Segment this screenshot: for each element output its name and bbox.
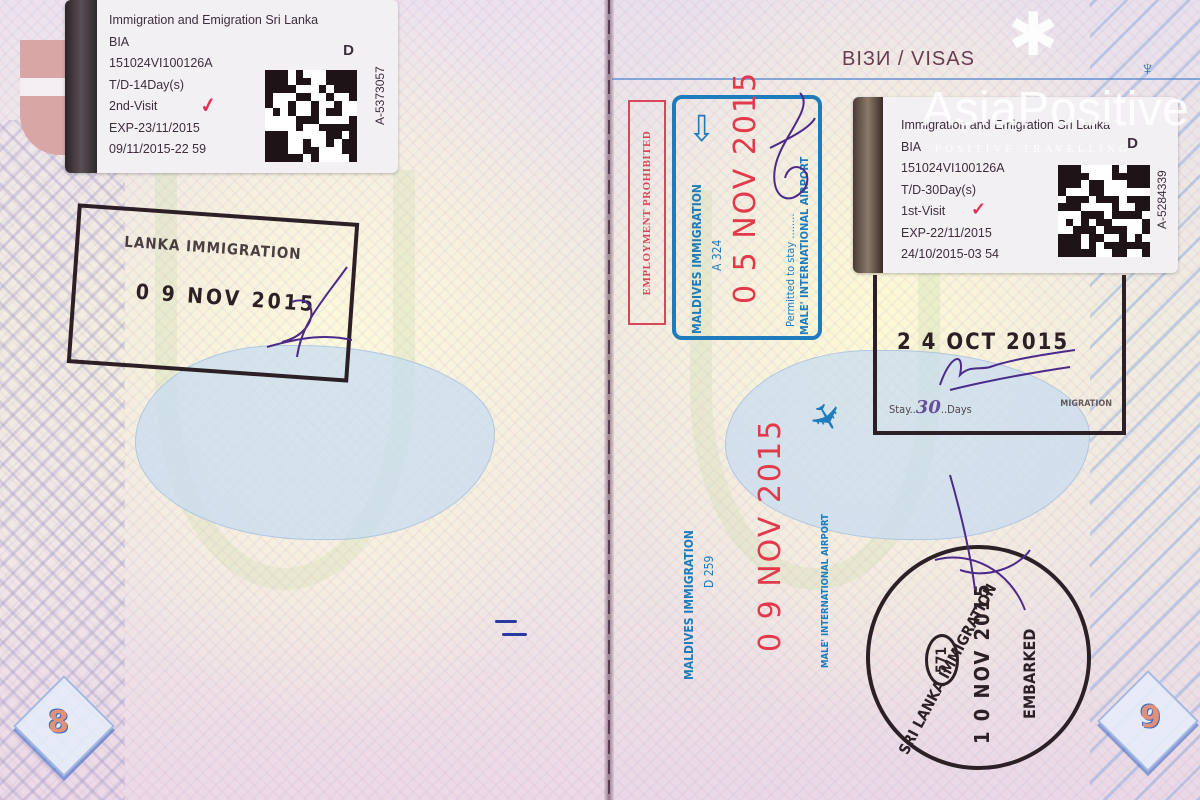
stamp-date: 0 9 NOV 2015 xyxy=(753,419,788,652)
stamp-status: EMBARKED xyxy=(1020,629,1039,719)
palm-tree-icon: ✱ xyxy=(1008,0,1058,70)
watermark-tagline: POSITIVE TRAVELLING xyxy=(935,143,1131,155)
heading-rule xyxy=(612,78,1200,80)
signature-icon xyxy=(930,470,1040,620)
coat-of-arms-icon: ♆ xyxy=(1140,58,1155,81)
page-number: 9 xyxy=(1140,700,1161,735)
stamp-date: 0 5 NOV 2015 xyxy=(728,71,763,304)
stamp-agency: MALDIVES IMMIGRATION xyxy=(682,530,696,680)
qr-code-icon xyxy=(1058,165,1150,257)
check-mark-icon: ✓ xyxy=(971,199,986,220)
signature-icon xyxy=(760,88,820,228)
stamp-stay: Stay..30..Days xyxy=(889,397,972,418)
maldives-departure-stamp: ✈ MALDIVES IMMIGRATION D 259 0 9 NOV 201… xyxy=(680,440,850,680)
stamp-text: EMPLOYMENT PROHIBITED xyxy=(641,130,653,295)
page-heading: ВІЗИ / VISAS xyxy=(842,48,975,71)
signature-icon xyxy=(930,345,1080,395)
hologram-strip xyxy=(853,97,883,273)
stay-days: 30 xyxy=(916,397,941,418)
stamp-code: D 259 xyxy=(702,556,716,588)
watermark-logo: AsiaPositive xyxy=(922,82,1189,137)
passport-spine-stitching xyxy=(604,0,614,800)
employment-prohibited-stamp: EMPLOYMENT PROHIBITED xyxy=(628,100,666,325)
visa-serial: A-5284339 xyxy=(1155,170,1169,229)
stamp-agency: MALDIVES IMMIGRATION xyxy=(690,184,704,334)
stamp-permitted: Permitted to stay ........ xyxy=(784,213,797,327)
arrow-down-icon: ⇩ xyxy=(688,109,715,150)
stamp-number-oval: 571 xyxy=(925,634,959,686)
stamp-number: 571 xyxy=(934,647,950,673)
stamp-airport: MALE' INTERNATIONAL AIRPORT xyxy=(820,514,831,668)
stamp-code: A 324 xyxy=(710,240,724,271)
stamp-office: MIGRATION xyxy=(1060,399,1112,409)
stay-prefix: Stay.. xyxy=(889,403,916,416)
stay-suffix: ..Days xyxy=(941,403,972,416)
